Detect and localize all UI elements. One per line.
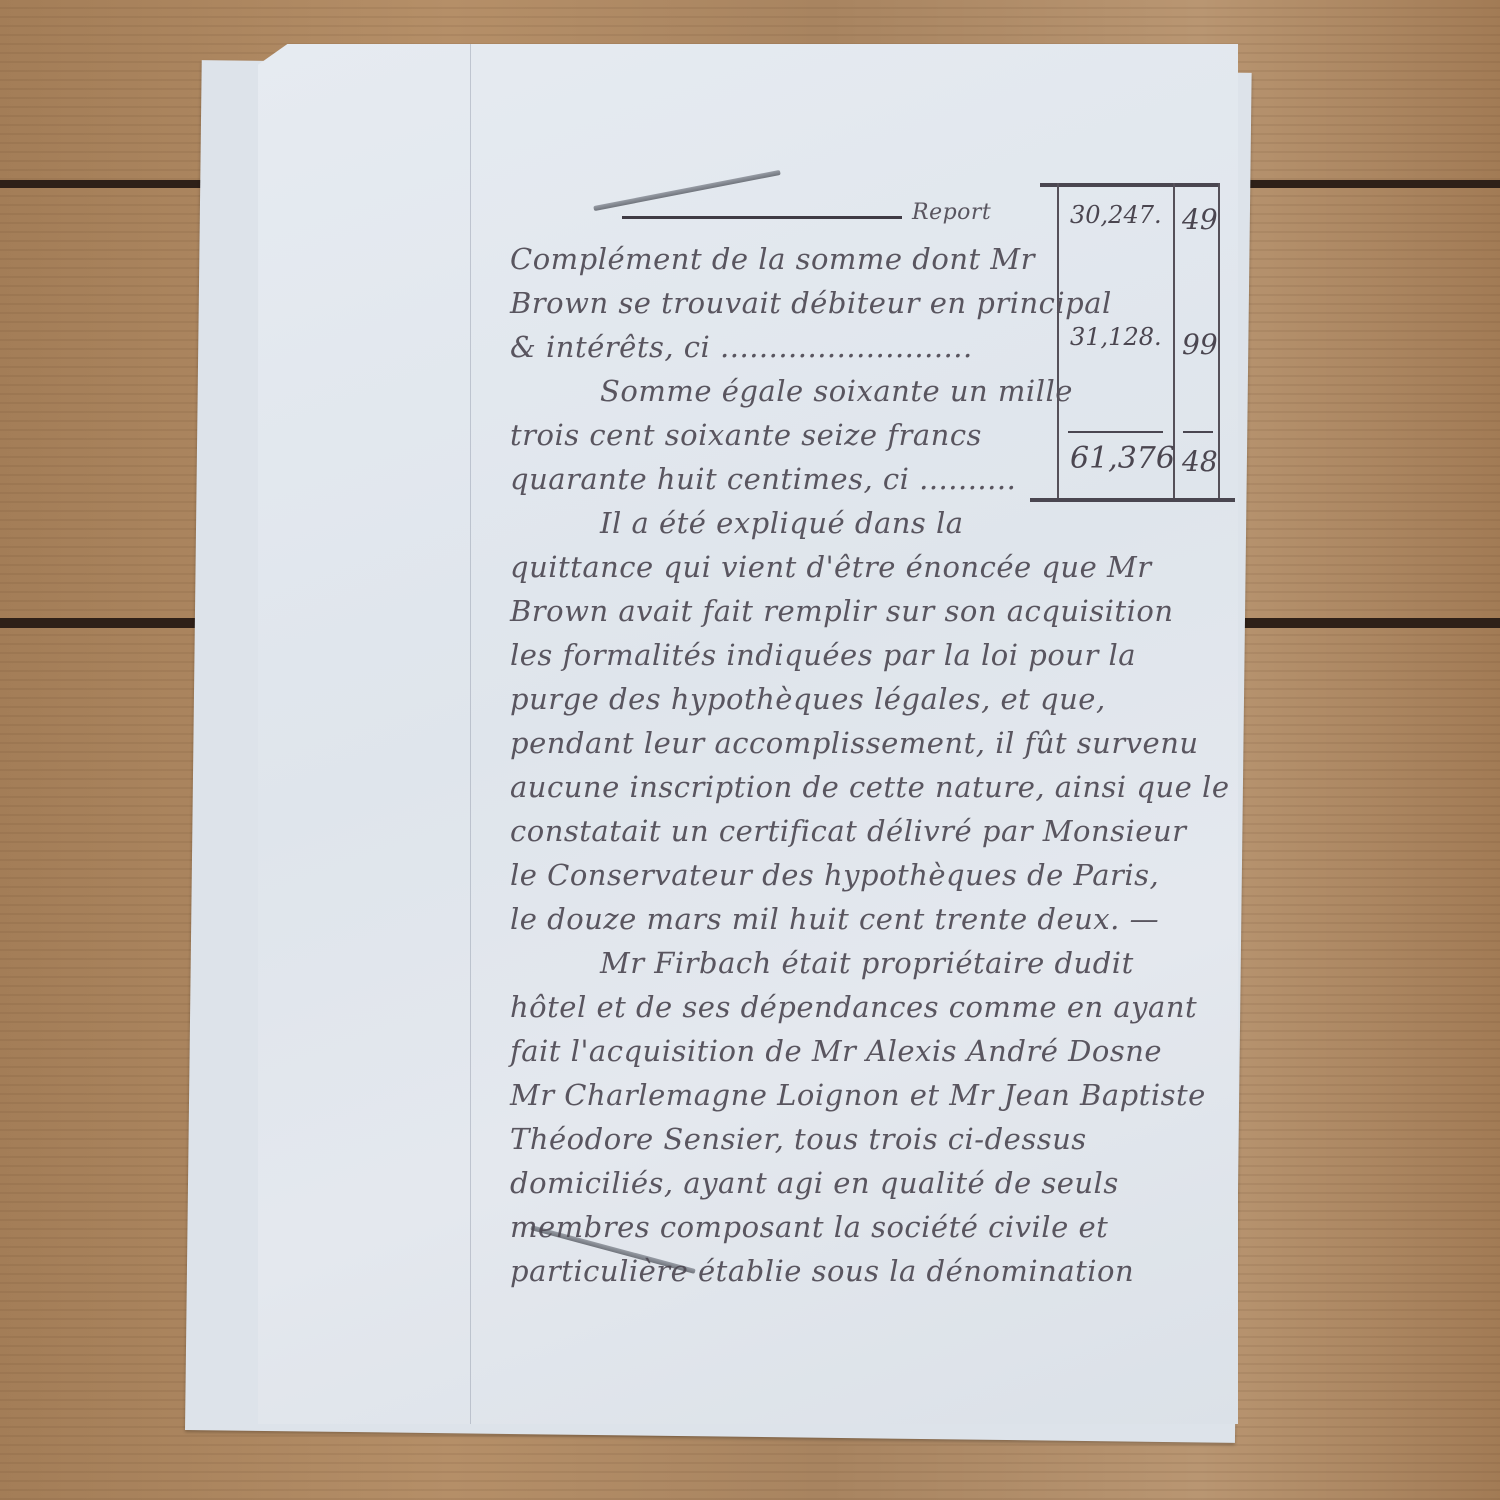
text-line: Il a été expliqué dans la [600,506,964,540]
francs-report: 30,247. [1070,201,1162,229]
text-line: domiciliés, ayant agi en qualité de seul… [510,1166,1119,1200]
ledger-sum-rule [1068,431,1163,433]
amount-ledger: 30,247. 49 31,128. 99 61,376 48 [1040,183,1220,503]
ledger-sum-rule [1183,431,1213,433]
report-rule [622,216,902,219]
centimes-total: 48 [1182,445,1218,478]
ledger-bottom-rule [1030,498,1235,502]
francs-total: 61,376 [1070,441,1175,476]
text-line: & intérêts, ci .........................… [510,330,973,364]
report-label: Report [912,200,991,225]
text-line: constatait un certificat délivré par Mon… [510,814,1187,848]
text-line: hôtel et de ses dépendances comme en aya… [510,990,1197,1024]
text-line: le douze mars mil huit cent trente deux.… [510,902,1159,936]
text-line: quittance qui vient d'être énoncée que M… [510,550,1152,584]
text-line: fait l'acquisition de Mr Alexis André Do… [510,1034,1162,1068]
text-line: Brown se trouvait débiteur en principal [510,286,1112,320]
text-line: pendant leur accomplissement, il fût sur… [510,726,1199,760]
text-line: Théodore Sensier, tous trois ci-dessus [510,1122,1087,1156]
text-line: aucune inscription de cette nature, ains… [510,770,1229,804]
text-line: les formalités indiquées par la loi pour… [510,638,1136,672]
text-line: Mr Firbach était propriétaire dudit [600,946,1134,980]
text-line: Somme égale soixante un mille [600,374,1073,408]
text-line: quarante huit centimes, ci .......... [510,462,1016,496]
text-line: particulière établie sous la dénominatio… [510,1254,1134,1288]
ledger-right-rule [1218,183,1220,501]
ledger-top-rule [1040,183,1220,187]
francs-complement: 31,128. [1070,323,1162,351]
text-line: Mr Charlemagne Loignon et Mr Jean Baptis… [510,1078,1206,1112]
centimes-complement: 99 [1182,328,1218,361]
text-line: purge des hypothèques légales, et que, [510,682,1106,716]
text-line: trois cent soixante seize francs [510,418,982,452]
text-line: Brown avait fait remplir sur son acquisi… [510,594,1174,628]
ledger-left-rule [1057,183,1059,501]
text-line: Complément de la somme dont Mr [510,242,1035,276]
text-line: membres composant la société civile et [510,1210,1108,1244]
text-line: le Conservateur des hypothèques de Paris… [510,858,1159,892]
margin-line [470,44,471,1424]
centimes-report: 49 [1182,203,1218,236]
